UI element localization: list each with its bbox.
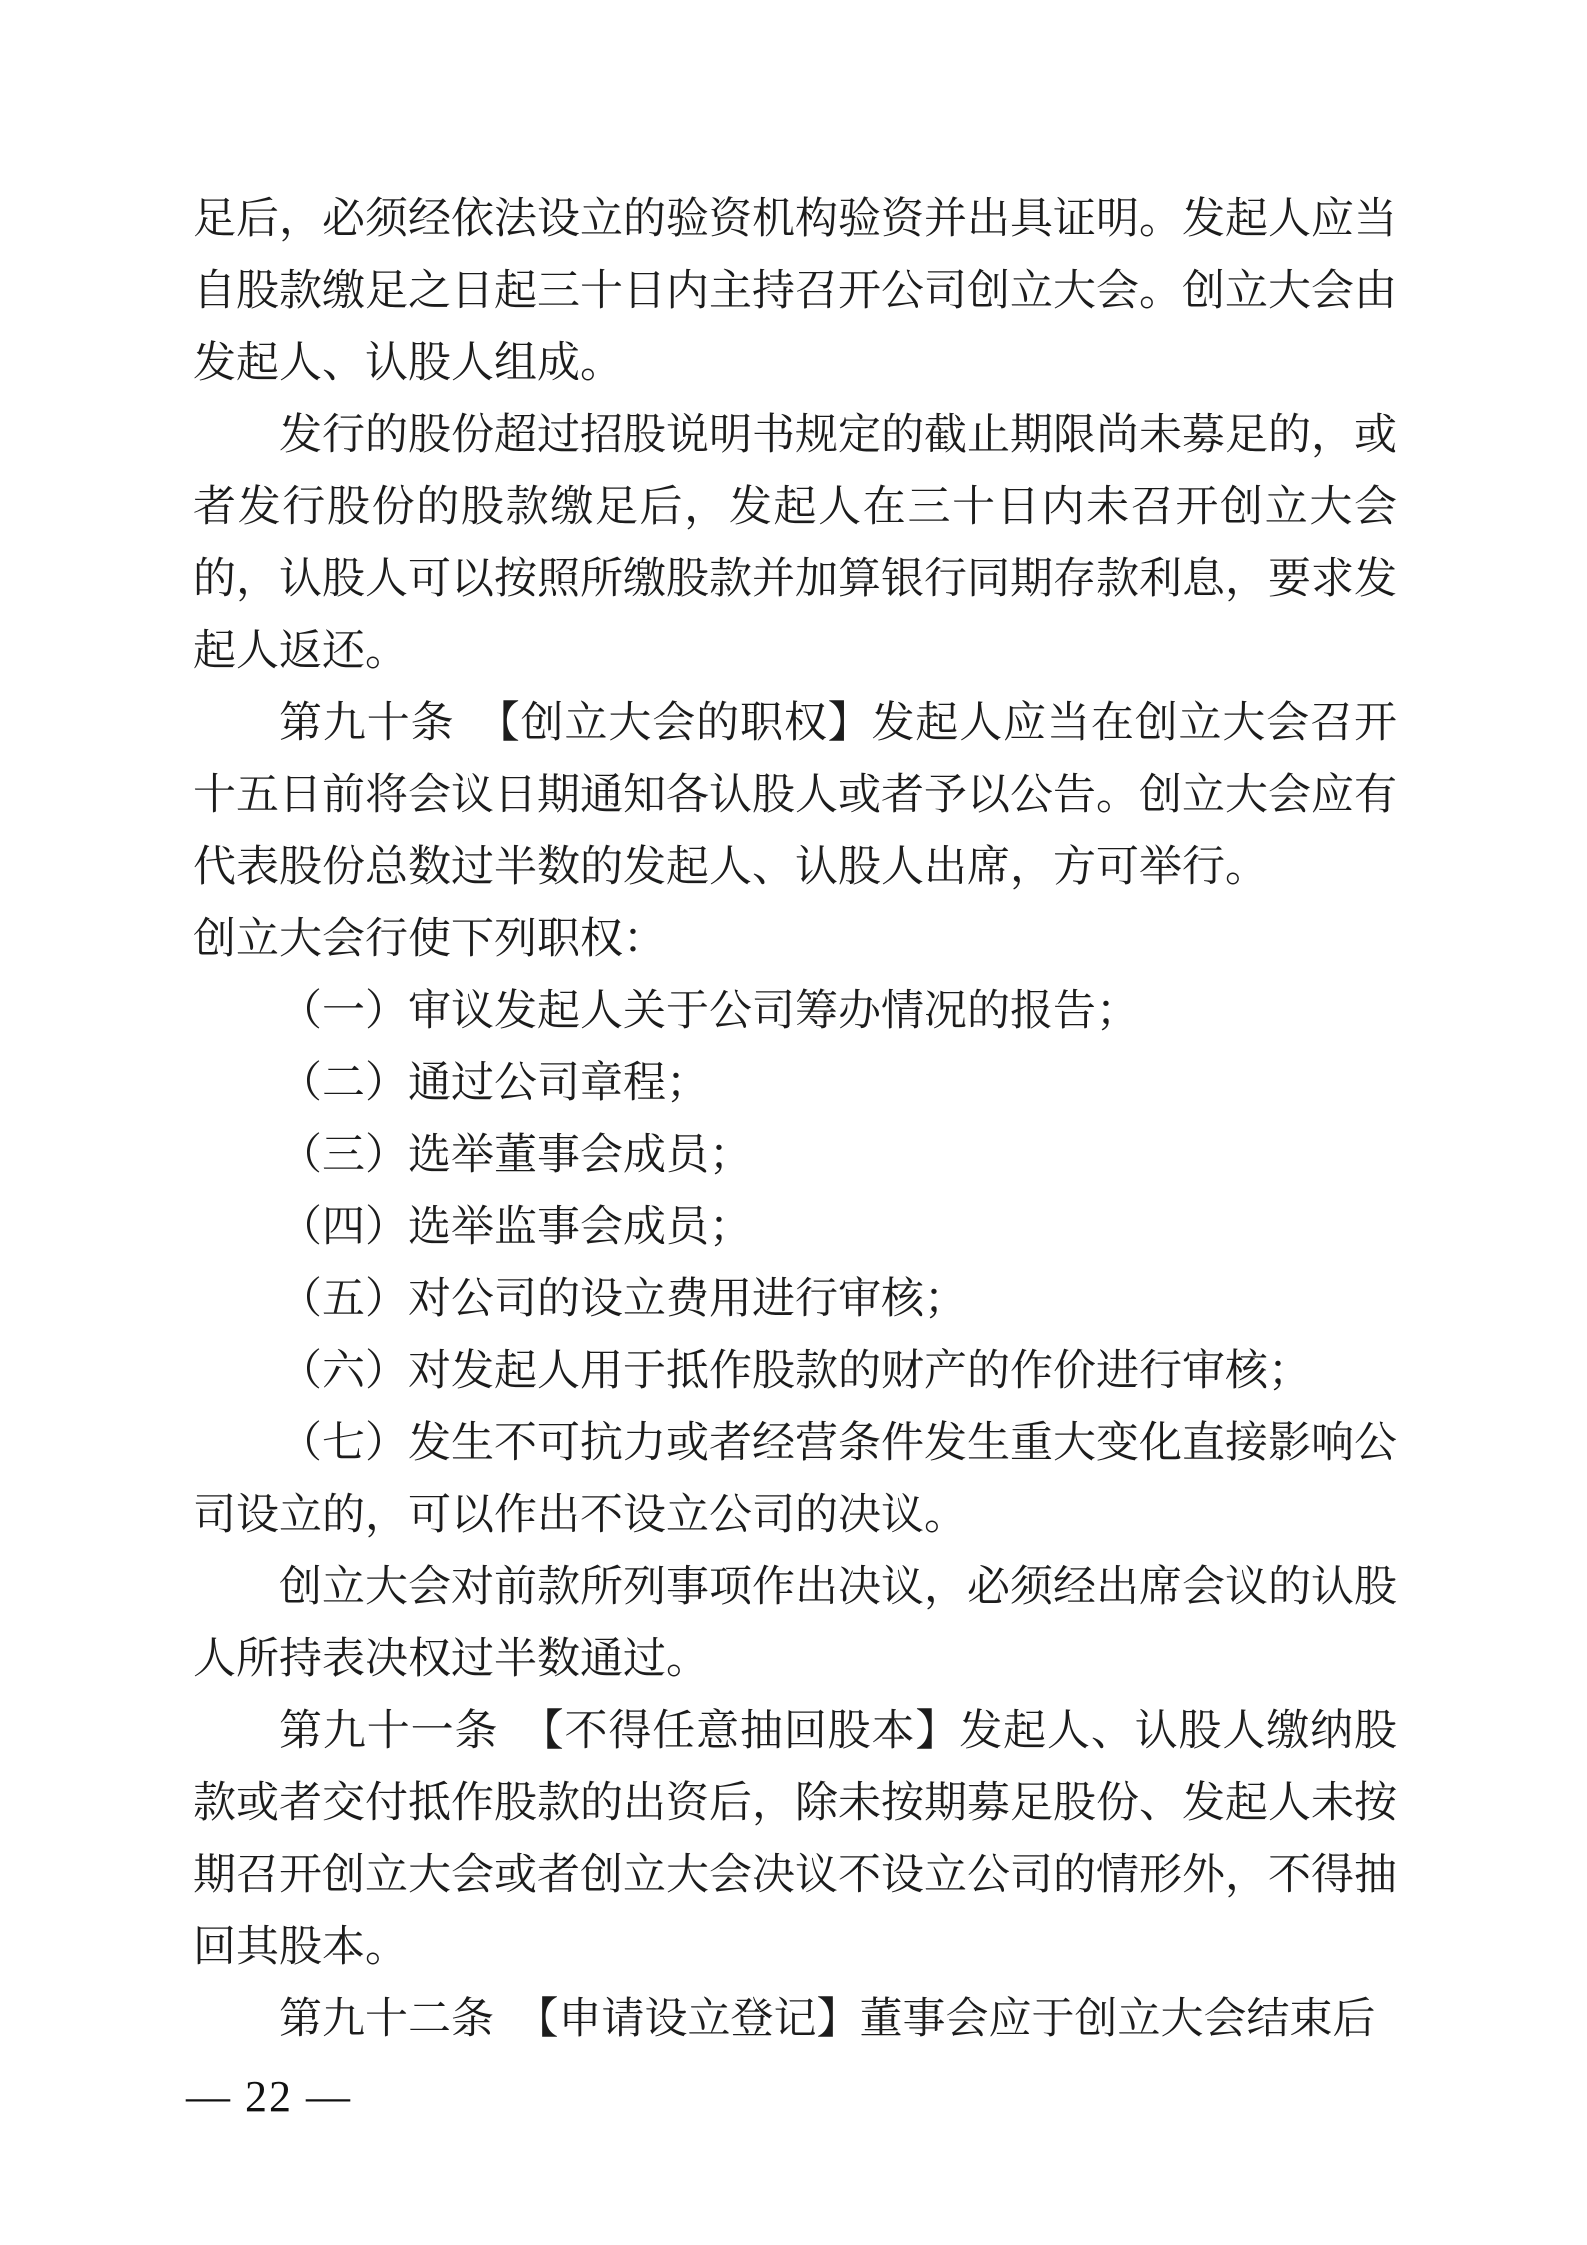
page-number: — 22 — xyxy=(186,2072,352,2122)
document-page: 足后，必须经依法设立的验资机构验资并出具证明。发起人应当自股款缴足之日起三十日内… xyxy=(0,0,1587,2245)
paragraph: 发行的股份超过招股说明书规定的截止期限尚未募足的，或者发行股份的股款缴足后，发起… xyxy=(193,400,1397,688)
paragraph: 第九十条 【创立大会的职权】发起人应当在创立大会召开十五日前将会议日期通知各认股… xyxy=(193,688,1397,904)
paragraph: 足后，必须经依法设立的验资机构验资并出具证明。发起人应当自股款缴足之日起三十日内… xyxy=(193,184,1397,400)
paragraph: 创立大会对前款所列事项作出决议，必须经出席会议的认股人所持表决权过半数通过。 xyxy=(193,1552,1397,1696)
paragraph: 第九十二条 【申请设立登记】董事会应于创立大会结束后 xyxy=(193,1984,1397,2056)
paragraph: （七）发生不可抗力或者经营条件发生重大变化直接影响公司设立的，可以作出不设立公司… xyxy=(193,1408,1397,1552)
paragraph: （二）通过公司章程； xyxy=(193,1048,1397,1120)
paragraph: （五）对公司的设立费用进行审核； xyxy=(193,1264,1397,1336)
paragraph: （六）对发起人用于抵作股款的财产的作价进行审核； xyxy=(193,1336,1397,1408)
paragraph: 创立大会行使下列职权： xyxy=(193,904,1397,976)
document-body: 足后，必须经依法设立的验资机构验资并出具证明。发起人应当自股款缴足之日起三十日内… xyxy=(193,184,1397,2056)
paragraph: 第九十一条 【不得任意抽回股本】发起人、认股人缴纳股款或者交付抵作股款的出资后，… xyxy=(193,1696,1397,1984)
paragraph: （三）选举董事会成员； xyxy=(193,1120,1397,1192)
paragraph: （四）选举监事会成员； xyxy=(193,1192,1397,1264)
paragraph: （一）审议发起人关于公司筹办情况的报告； xyxy=(193,976,1397,1048)
